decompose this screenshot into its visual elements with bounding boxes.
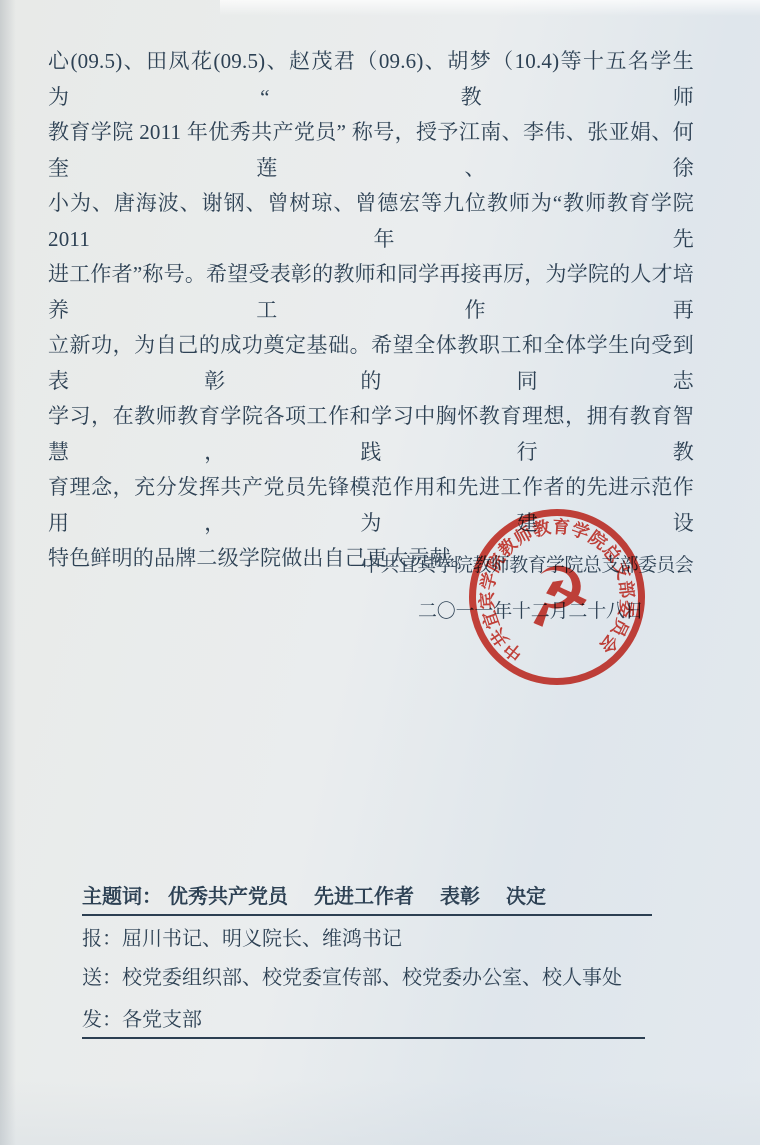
hammer-and-sickle-icon: ☭ [513, 546, 600, 649]
send-label: 送： [82, 967, 122, 989]
report-label: 报： [82, 928, 122, 950]
subject-term: 优秀共产党员 [168, 880, 288, 909]
subject-term: 决定 [506, 880, 546, 909]
scan-edge-shadow [0, 0, 16, 1145]
report-value: 屈川书记、明义院长、维鸿书记 [122, 928, 402, 950]
send-to-line: 送：校党委组织部、校党委宣传部、校党委办公室、校人事处 [82, 961, 622, 990]
body-line: 小为、唐海波、谢钢、曾树琼、曾德宏等九位教师为“教师教育学院 2011 年先 [48, 186, 694, 257]
official-seal: 中共宜宾学院教师教育学院总支部委员会 ☭ [450, 490, 663, 703]
scan-light-streak [220, 0, 760, 16]
body-line: 心(09.5)、田凤花(09.5)、赵茂君（09.6)、胡梦（10.4)等十五名… [48, 44, 694, 115]
subject-term: 表彰 [440, 880, 480, 909]
body-line: 进工作者”称号。希望受表彰的教师和同学再接再厉，为学院的人才培养工作再 [48, 257, 694, 328]
subject-term: 先进工作者 [314, 880, 414, 909]
report-to-line: 报：屈川书记、明义院长、维鸿书记 [82, 922, 402, 951]
issue-value: 各党支部 [122, 1009, 202, 1031]
body-line: 立新功，为自己的成功奠定基础。希望全体教职工和全体学生向受到表彰的同志 [48, 328, 694, 399]
send-value: 校党委组织部、校党委宣传部、校党委办公室、校人事处 [122, 967, 622, 989]
issue-to-line: 发：各党支部 [82, 1003, 645, 1039]
seal-graphic: 中共宜宾学院教师教育学院总支部委员会 ☭ [450, 490, 663, 703]
issue-label: 发： [82, 1009, 122, 1031]
body-line: 学习，在教师教育学院各项工作和学习中胸怀教育理想，拥有教育智慧，践行教 [48, 399, 694, 470]
body-line: 教育学院 2011 年优秀共产党员” 称号，授予江南、李伟、张亚娟、何奎莲、徐 [48, 115, 694, 186]
subject-keywords-line: 主题词： 优秀共产党员 先进工作者 表彰 决定 [82, 880, 652, 916]
scan-bottom-shade [0, 1080, 760, 1145]
subject-label: 主题词： [82, 880, 162, 909]
scanned-document-page: { "page": { "kind": "scanned official do… [0, 0, 760, 1145]
